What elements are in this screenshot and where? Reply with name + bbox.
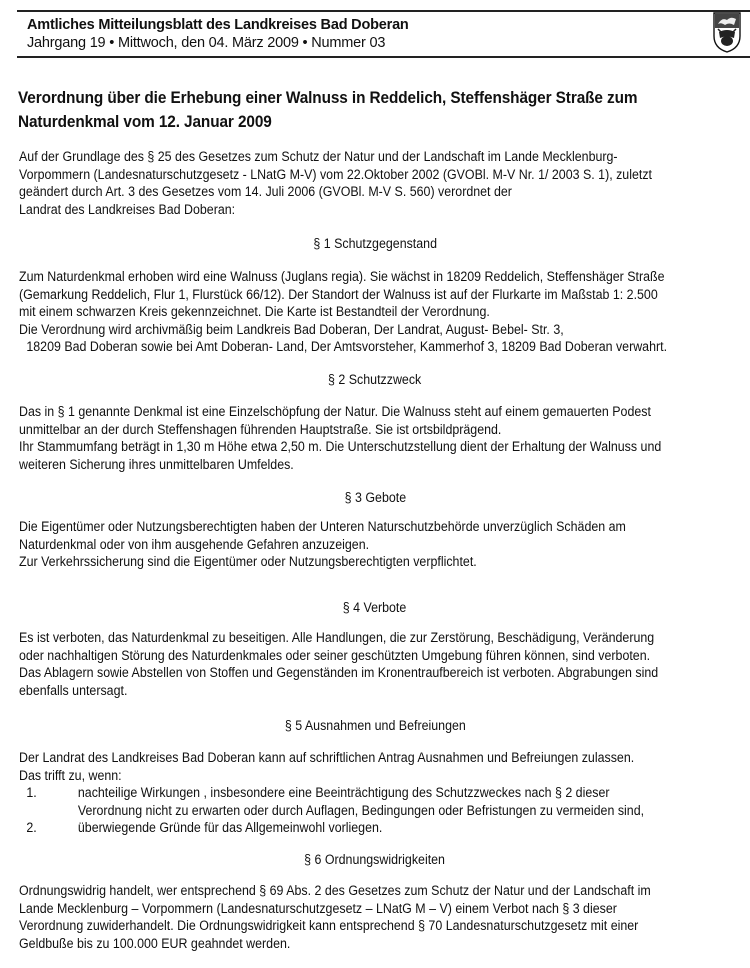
text-line: Das in § 1 genannte Denkmal ist eine Ein… — [19, 403, 718, 421]
text-line: (Gemarkung Reddelich, Flur 1, Flurstück … — [19, 286, 718, 304]
text-line: Ordnungswidrig handelt, wer entsprechend… — [19, 882, 718, 900]
section-heading-text: § 2 Schutzzweck — [328, 372, 421, 387]
text-line: Ihr Stammumfang beträgt in 1,30 m Höhe e… — [19, 438, 718, 456]
list-item: 1. nachteilige Wirkungen , insbesondere … — [19, 784, 718, 819]
section-heading-text: § 3 Gebote — [344, 490, 405, 505]
text-line: unmittelbar an der durch Steffenshagen f… — [19, 421, 718, 439]
list-number: 1. — [26, 784, 36, 802]
section-heading: § 5 Ausnahmen und Befreiungen — [0, 718, 750, 733]
text-line: überwiegende Gründe für das Allgemeinwoh… — [19, 819, 718, 837]
text-line: mit einem schwarzen Kreis gekennzeichnet… — [19, 303, 718, 321]
text-line: weiteren Sicherung ihres unmittelbaren U… — [19, 456, 718, 474]
masthead: Amtliches Mitteilungsblatt des Landkreis… — [17, 10, 750, 58]
section-heading: § 6 Ordnungswidrigkeiten — [0, 852, 750, 867]
text-line: Lande Mecklenburg – Vorpommern (Landesna… — [19, 900, 718, 918]
text-line: Verordnung zuwiderhandelt. Die Ordnungsw… — [19, 917, 718, 935]
text-line: Geldbuße bis zu 100.000 EUR geahndet wer… — [19, 935, 718, 953]
text-line: nachteilige Wirkungen , insbesondere ein… — [19, 784, 718, 802]
text-line: Vorpommern (Landesnaturschutzgesetz - LN… — [19, 166, 718, 184]
section-body: Zum Naturdenkmal erhoben wird eine Walnu… — [19, 268, 718, 356]
section-heading-text: § 4 Verbote — [343, 600, 407, 615]
section-heading: § 1 Schutzgegenstand — [0, 236, 750, 251]
section-body: Die Eigentümer oder Nutzungsberechtigten… — [19, 518, 718, 571]
text-line: ebenfalls untersagt. — [19, 682, 718, 700]
coat-of-arms-icon — [712, 10, 742, 54]
text-line: Der Landrat des Landkreises Bad Doberan … — [19, 749, 718, 767]
text-line: Auf der Grundlage des § 25 des Gesetzes … — [19, 148, 718, 166]
text-line: Landrat des Landkreises Bad Doberan: — [19, 201, 718, 219]
section-body: Der Landrat des Landkreises Bad Doberan … — [19, 749, 718, 784]
text-line: geändert durch Art. 3 des Gesetzes vom 1… — [19, 183, 718, 201]
text-line: Das trifft zu, wenn: — [19, 767, 718, 785]
gazette-title: Amtliches Mitteilungsblatt des Landkreis… — [27, 17, 409, 33]
title-line: Naturdenkmal vom 12. Januar 2009 — [18, 110, 688, 134]
text-line: Verordnung nicht zu erwarten oder durch … — [19, 802, 718, 820]
issue-info: Jahrgang 19 • Mittwoch, den 04. März 200… — [27, 35, 385, 51]
conditions-list: 1. nachteilige Wirkungen , insbesondere … — [19, 784, 718, 837]
text-line: Das Ablagern sowie Abstellen von Stoffen… — [19, 664, 718, 682]
title-line: Verordnung über die Erhebung einer Walnu… — [18, 86, 688, 110]
document-title: Verordnung über die Erhebung einer Walnu… — [18, 86, 688, 134]
section-body: Es ist verboten, das Naturdenkmal zu bes… — [19, 629, 718, 699]
text-line: Die Verordnung wird archivmäßig beim Lan… — [19, 321, 718, 339]
preamble: Auf der Grundlage des § 25 des Gesetzes … — [19, 148, 718, 218]
text-line: Naturdenkmal oder von ihm ausgehende Gef… — [19, 536, 718, 554]
list-number: 2. — [26, 819, 36, 837]
text-line: Es ist verboten, das Naturdenkmal zu bes… — [19, 629, 718, 647]
section-heading-text: § 5 Ausnahmen und Befreiungen — [285, 718, 466, 733]
section-heading: § 4 Verbote — [0, 600, 750, 615]
text-line: Die Eigentümer oder Nutzungsberechtigten… — [19, 518, 718, 536]
section-heading: § 3 Gebote — [0, 490, 750, 505]
text-line: 18209 Bad Doberan sowie bei Amt Doberan-… — [19, 338, 718, 356]
section-heading-text: § 6 Ordnungswidrigkeiten — [305, 852, 446, 867]
section-body: Ordnungswidrig handelt, wer entsprechend… — [19, 882, 718, 952]
section-heading: § 2 Schutzzweck — [0, 372, 750, 387]
text-line: oder nachhaltigen Störung des Naturdenkm… — [19, 647, 718, 665]
list-item: 2. überwiegende Gründe für das Allgemein… — [19, 819, 718, 837]
section-body: Das in § 1 genannte Denkmal ist eine Ein… — [19, 403, 718, 473]
text-line: Zur Verkehrssicherung sind die Eigentüme… — [19, 553, 718, 571]
section-heading-text: § 1 Schutzgegenstand — [313, 236, 437, 251]
text-line: Zum Naturdenkmal erhoben wird eine Walnu… — [19, 268, 718, 286]
